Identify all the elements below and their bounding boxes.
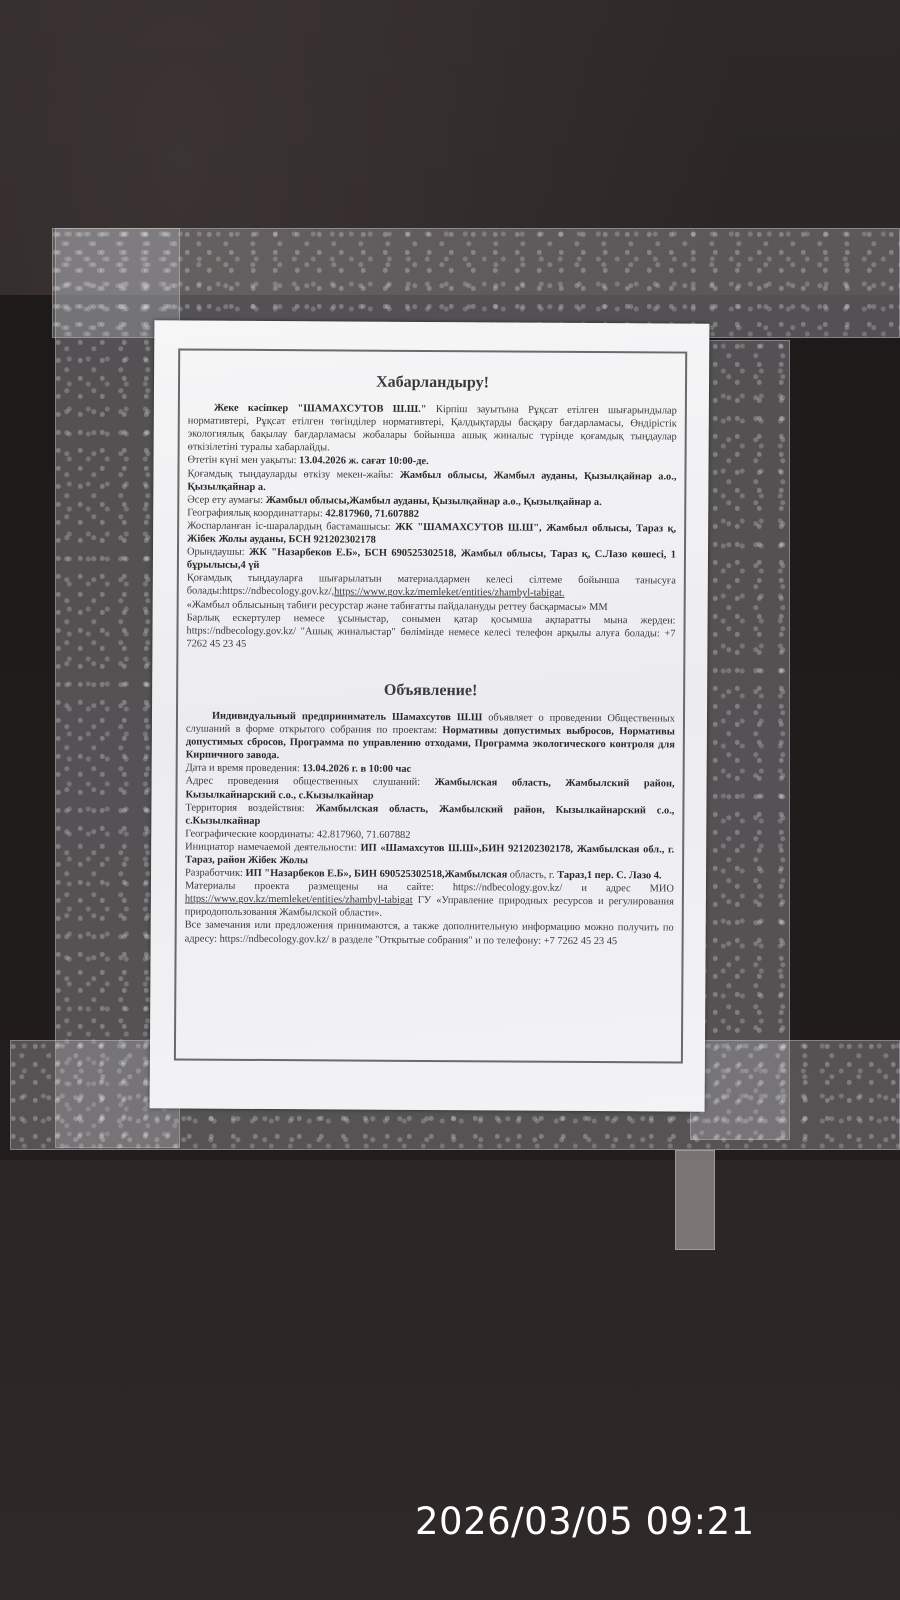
kz-initiator: Жоспарланған іс-шаралардың бастамашысы: … <box>187 519 676 548</box>
tape-torn-strip <box>675 1150 715 1250</box>
ru-materials: Материалы проекта размещены на сайте: ht… <box>185 880 674 922</box>
posted-notice: Хабарландыру! Жеке кәсіпкер "ШАМАХСУТОВ … <box>150 320 710 1111</box>
ru-impact-area: Территория воздействия: Жамбылская облас… <box>185 801 674 830</box>
ru-materials-link: https://www.gov.kz/memleket/entities/zha… <box>185 894 413 906</box>
notice-title-ru: Объявление! <box>186 682 675 698</box>
kz-materials-link: https://www.gov.kz/memleket/entities/zha… <box>334 587 564 599</box>
kz-materials: Қоғамдық тыңдауларға шығарылатын материа… <box>187 572 676 601</box>
kz-intro: Жеке кәсіпкер "ШАМАХСУТОВ Ш.Ш." Кірпіш з… <box>188 402 677 457</box>
photo-timestamp: 2026/03/05 09:21 <box>415 1500 755 1543</box>
notice-title-kz: Хабарландыру! <box>188 375 677 391</box>
kz-address: Қоғамдық тыңдауларды өткізу мекен-жайы: … <box>187 467 676 496</box>
kz-comments: Барлық ескертулер немесе ұсыныстар, соны… <box>186 611 675 653</box>
ru-comments: Все замечания или предложения принимаютс… <box>185 919 674 948</box>
kz-developer: Орындаушы: ЖК "Назарбеков Е.Б», БСН 6905… <box>187 546 676 575</box>
ru-initiator: Инициатор намечаемой деятельности: ИП «Ш… <box>185 840 674 869</box>
ru-intro: Индивидуальный предприниматель Шамахсуто… <box>186 709 675 764</box>
notice-frame: Хабарландыру! Жеке кәсіпкер "ШАМАХСУТОВ … <box>174 348 687 1063</box>
ru-address: Адрес проведения общественных слушаний: … <box>185 775 674 804</box>
